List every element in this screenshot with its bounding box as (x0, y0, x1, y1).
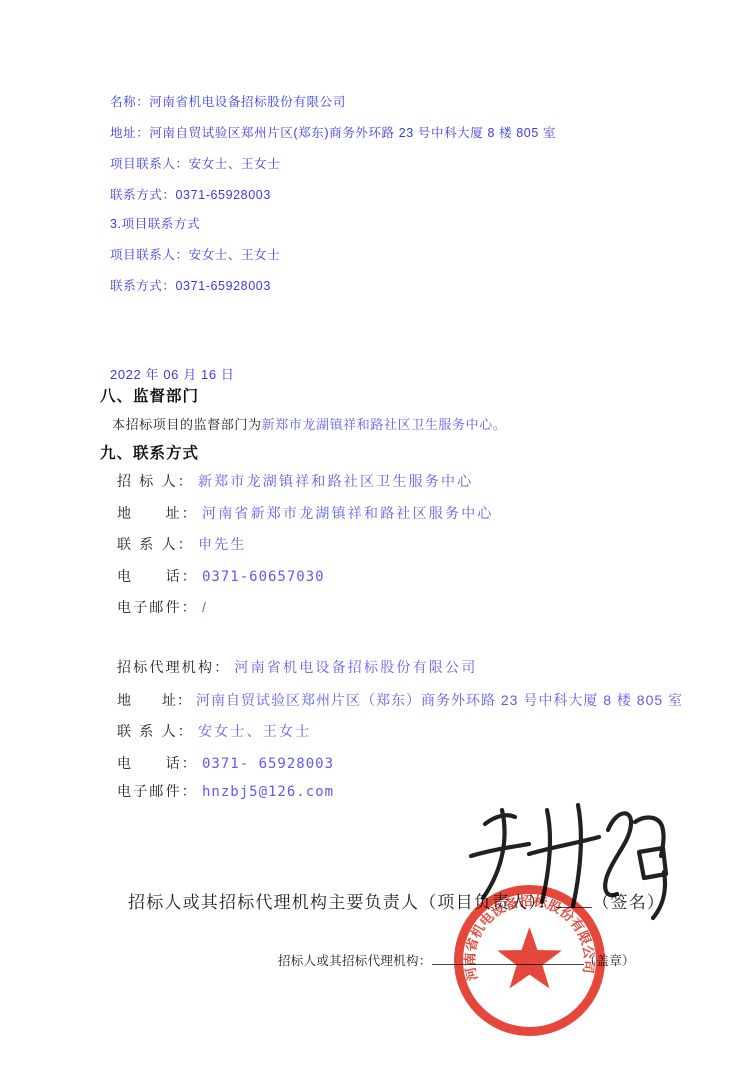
supervision-text-black: 本招标项目的监督部门为 (112, 417, 262, 432)
tenderer-row-email: 电子邮件：/ (117, 597, 208, 617)
row-value: 0371- 65928003 (202, 756, 334, 772)
row-value: 河南省机电设备招标股份有限公司 (234, 659, 477, 675)
row-label: 联 系 人： (117, 536, 194, 552)
signoff-line2-label: 招标人或其招标代理机构： (278, 954, 432, 968)
top-line-phone-2: 联系方式：0371-65928003 (110, 276, 271, 294)
row-label: 电 话： (117, 755, 198, 771)
seal-star-icon (497, 927, 562, 989)
row-label: 招 标 人： (117, 473, 194, 489)
row-value: 安女士、王女士 (198, 723, 311, 739)
row-value: 新郑市龙湖镇祥和路社区卫生服务中心 (198, 473, 473, 489)
agency-row-email: 电子邮件：hnzbj5@126.com (117, 781, 334, 801)
row-value: 申先生 (198, 536, 247, 552)
row-label: 地 址： (117, 692, 192, 708)
company-seal: 河南省机电设备招标股份有限公司 (450, 881, 609, 1040)
row-label: 地 址： (117, 505, 198, 521)
agency-row-person: 联 系 人：安女士、王女士 (117, 721, 311, 741)
row-label: 联 系 人： (117, 723, 194, 739)
tenderer-row-person: 联 系 人：申先生 (117, 534, 247, 554)
row-label: 招标代理机构： (117, 659, 230, 675)
top-line-phone: 联系方式：0371-65928003 (110, 185, 271, 203)
section-heading-supervision: 八、监督部门 (100, 384, 199, 406)
tenderer-row-phone: 电 话：0371-60657030 (117, 566, 325, 586)
top-line-name: 名称：河南省机电设备招标股份有限公司 (110, 92, 346, 110)
top-line-contact-2: 项目联系人：安女士、王女士 (110, 245, 280, 263)
top-line-address: 地址：河南自贸试验区郑州片区(郑东)商务外环路 23 号中科大厦 8 楼 805… (110, 123, 556, 141)
top-line-contact: 项目联系人：安女士、王女士 (110, 154, 280, 172)
document-page: 名称：河南省机电设备招标股份有限公司 地址：河南自贸试验区郑州片区(郑东)商务外… (0, 0, 746, 1066)
date-line: 2022 年 06 月 16 日 (110, 364, 235, 383)
row-value: 0371-60657030 (202, 569, 325, 585)
row-value: hnzbj5@126.com (202, 784, 334, 800)
row-value: 河南自贸试验区郑州片区（郑东）商务外环路 23 号中科大厦 8 楼 805 室 (196, 692, 683, 708)
section-heading-contact: 九、联系方式 (100, 441, 199, 463)
agency-row-address: 地 址：河南自贸试验区郑州片区（郑东）商务外环路 23 号中科大厦 8 楼 80… (117, 690, 683, 710)
supervision-text-blue: 新郑市龙湖镇祥和路社区卫生服务中心。 (262, 417, 507, 432)
top-line-item3: 3.项目联系方式 (110, 214, 200, 232)
tenderer-row-address: 地 址：河南省新郑市龙湖镇祥和路社区服务中心 (117, 503, 494, 523)
agency-row-phone: 电 话：0371- 65928003 (117, 753, 334, 773)
row-label: 电 话： (117, 568, 198, 584)
supervision-paragraph: 本招标项目的监督部门为新郑市龙湖镇祥和路社区卫生服务中心。 (112, 414, 506, 433)
agency-row-name: 招标代理机构：河南省机电设备招标股份有限公司 (117, 657, 477, 677)
row-label: 电子邮件： (117, 599, 198, 615)
row-value: / (202, 599, 208, 615)
tenderer-row-name: 招 标 人：新郑市龙湖镇祥和路社区卫生服务中心 (117, 471, 473, 491)
row-label: 电子邮件： (117, 783, 198, 799)
row-value: 河南省新郑市龙湖镇祥和路社区服务中心 (202, 505, 494, 521)
